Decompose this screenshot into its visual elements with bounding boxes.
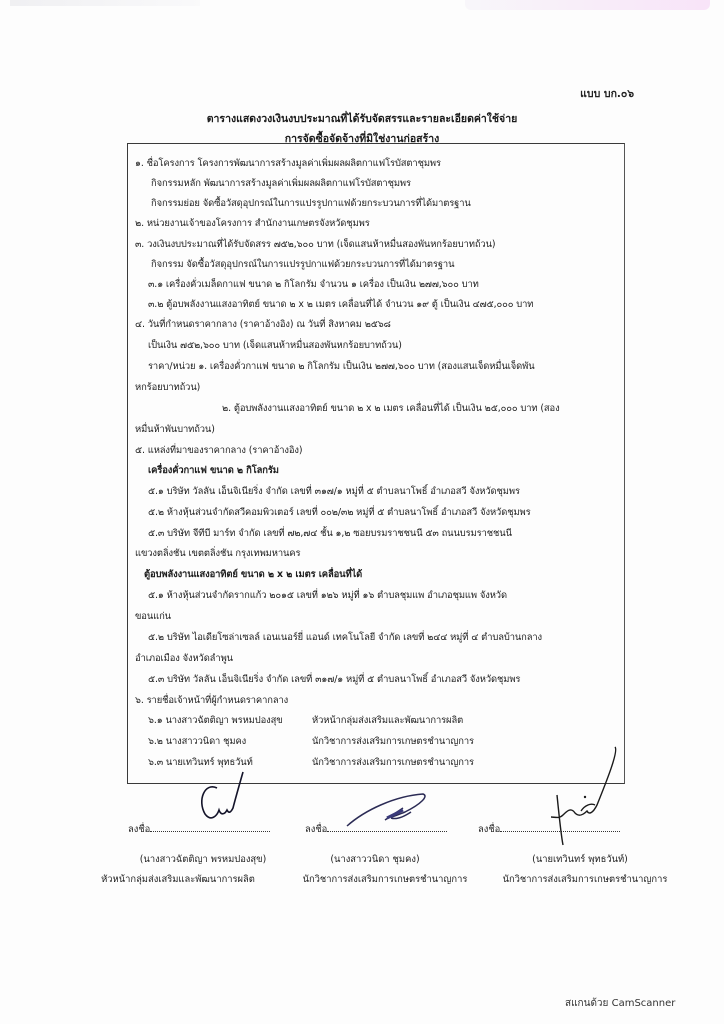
roaster-source-3-cont: แขวงตลิ่งชัน เขตตลิ่งชัน กรุงเทพมหานคร <box>135 546 300 561</box>
item-3-1: ๓.๑ เครื่องคั่วเมล็ดกาแฟ ขนาด ๒ กิโลกรัม… <box>148 277 479 292</box>
camscanner-watermark: สแกนด้วย CamScanner <box>565 996 675 1011</box>
official-2-position: นักวิชาการส่งเสริมการเกษตรชำนาญการ <box>312 734 474 749</box>
scan-artifact <box>465 0 710 10</box>
dryer-source-1: ๕.๑ ห้างหุ้นส่วนจำกัดรากแก้ว ๒๐๑๕ เลขที่… <box>148 588 507 603</box>
unit-price-1-cont: หกร้อยบาทถ้วน) <box>135 380 200 395</box>
dryer-source-1-cont: ขอนแก่น <box>135 609 171 624</box>
official-1-name: ๖.๑ นางสาวฉัตติญา พรหมปองสุข <box>148 713 283 728</box>
roaster-source-1: ๕.๑ บริษัท วัลลัน เอ็นจิเนียริ่ง จำกัด เ… <box>148 484 520 499</box>
signature-1-icon <box>195 770 255 830</box>
roaster-source-3: ๕.๓ บริษัท จีทีบี มาร์ท จำกัด เลขที่ ๗๒,… <box>148 526 512 541</box>
dryer-source-3: ๕.๓ บริษัท วัลลัน เอ็นจิเนียริ่ง จำกัด เ… <box>148 672 520 687</box>
scan-artifact <box>10 0 200 6</box>
signature-2-icon <box>345 790 435 830</box>
reference-sources-heading: ๕. แหล่งที่มาของราคากลาง (ราคาอ้างอิง) <box>135 443 302 458</box>
dryer-source-2: ๕.๒ บริษัท ไอเดียโซล่าเซลล์ เอนเนอร์ยี่ … <box>148 630 542 645</box>
unit-price-2-cont: หมื่นห้าพันบาทถ้วน) <box>135 422 215 437</box>
signature-label: ลงชื่อ <box>478 824 500 835</box>
activity-line: กิจกรรม จัดซื้อวัสดุอุปกรณ์ในการแปรรูปกา… <box>151 257 454 272</box>
solar-dryer-heading: ตู้อบพลังงานแสงอาทิตย์ ขนาด ๒ x ๒ เมตร เ… <box>144 567 362 582</box>
item-3-2: ๓.๒ ตู้อบพลังงานแสงอาทิตย์ ขนาด ๒ x ๒ เม… <box>148 297 533 312</box>
signer-2-name: (นางสาววนิดา ชุมคง) <box>300 852 450 867</box>
signer-3-position: นักวิชาการส่งเสริมการเกษตรชำนาญการ <box>475 872 695 887</box>
budget-allocated: ๓. วงเงินงบประมาณที่ได้รับจัดสรร ๗๕๒,๖๐๐… <box>135 237 495 252</box>
project-name: ๑. ชื่อโครงการ โครงการพัฒนาการสร้างมูลค่… <box>135 156 441 171</box>
reference-date: ๔. วันที่กำหนดราคากลาง (ราคาอ้างอิง) ณ ว… <box>135 317 391 332</box>
dryer-source-2-cont: อำเภอเมือง จังหวัดลำพูน <box>135 651 233 666</box>
sub-activity: กิจกรรมย่อย จัดซื้อวัสดุอุปกรณ์ในการแปรร… <box>151 196 471 211</box>
document-title: ตารางแสดงวงเงินงบประมาณที่ได้รับจัดสรรแล… <box>0 110 724 127</box>
signer-1-name: (นางสาวฉัตติญา พรหมปองสุข) <box>118 852 288 867</box>
owner-agency: ๒. หน่วยงานเจ้าของโครงการ สำนักงานเกษตรจ… <box>135 216 370 231</box>
signer-2-position: นักวิชาการส่งเสริมการเกษตรชำนาญการ <box>290 872 480 887</box>
signature-label: ลงชื่อ <box>128 824 150 835</box>
official-3-position: นักวิชาการส่งเสริมการเกษตรชำนาญการ <box>312 755 474 770</box>
unit-price-2: ๒. ตู้อบพลังงานแสงอาทิตย์ ขนาด ๒ x ๒ เมต… <box>222 401 560 416</box>
form-code: แบบ บก.๐๖ <box>580 85 634 102</box>
official-3-name: ๖.๓ นายเทวินทร์ พุทธวันท์ <box>148 755 253 770</box>
unit-price-1: ราคา/หน่วย ๑. เครื่องคั่วกาแฟ ขนาด ๒ กิโ… <box>148 359 535 374</box>
official-1-position: หัวหน้ากลุ่มส่งเสริมและพัฒนาการผลิต <box>312 713 463 728</box>
main-activity: กิจกรรมหลัก พัฒนาการสร้างมูลค่าเพิ่มผลผล… <box>151 176 411 191</box>
roaster-source-2: ๕.๒ ห้างหุ้นส่วนจำกัดสวีคอมพิวเตอร์ เลขท… <box>148 505 531 520</box>
signer-3-name: (นายเทวินทร์ พุทธวันท์) <box>500 852 660 867</box>
official-2-name: ๖.๒ นางสาววนิดา ชุมคง <box>148 734 246 749</box>
signature-label: ลงชื่อ <box>305 824 327 835</box>
officials-heading: ๖. รายชื่อเจ้าหน้าที่ผู้กำหนดราคากลาง <box>135 693 288 708</box>
signature-3-icon <box>545 745 625 845</box>
roaster-heading: เครื่องคั่วกาแฟ ขนาด ๒ กิโลกรัม <box>148 463 279 478</box>
signer-1-position: หัวหน้ากลุ่มส่งเสริมและพัฒนาการผลิต <box>58 872 298 887</box>
reference-total: เป็นเงิน ๗๕๒,๖๐๐ บาท (เจ็ดแสนห้าหมื่นสอง… <box>148 338 402 353</box>
